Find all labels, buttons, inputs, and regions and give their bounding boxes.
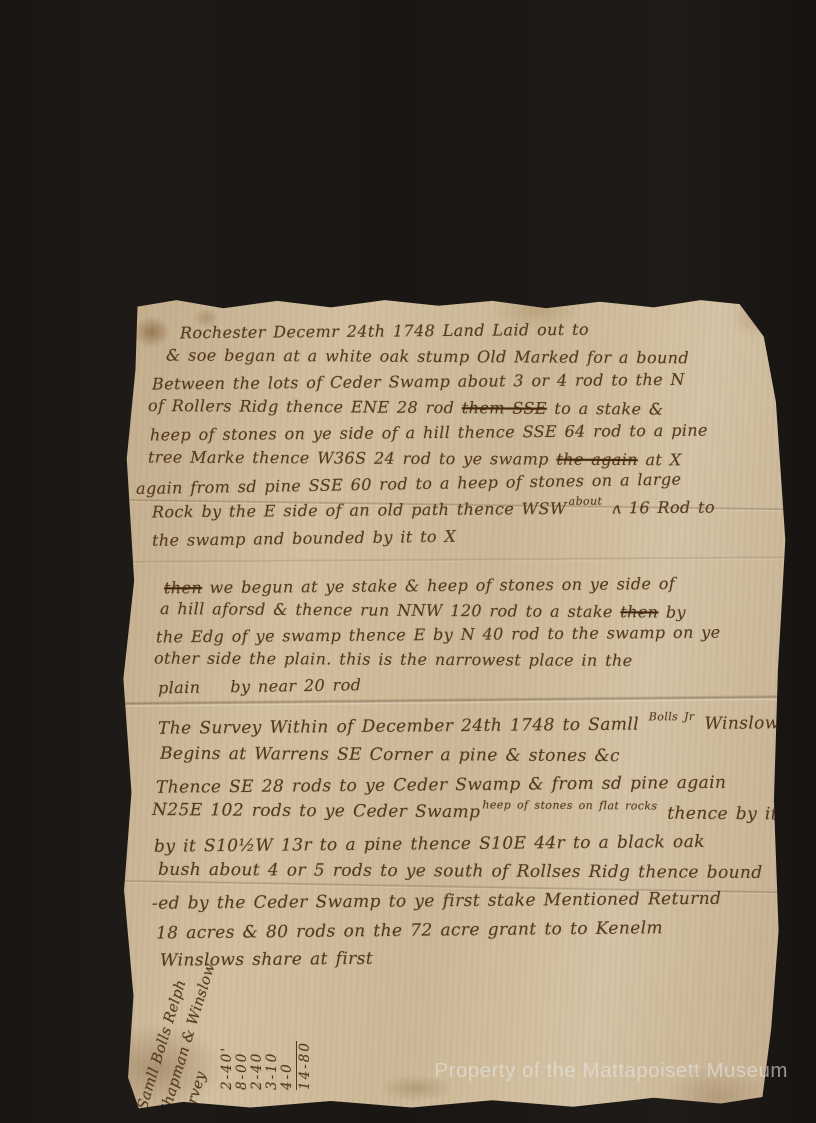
- handwritten-line: & soe began at a white oak stump Old Mar…: [166, 342, 715, 370]
- handwritten-line: Begins at Warrens SE Corner a pine & sto…: [160, 739, 816, 772]
- line-text: by: [658, 602, 686, 621]
- line-text: to a stake &: [547, 398, 664, 418]
- line-text: by near 20 rod: [230, 675, 361, 696]
- struck-text: them SSE: [462, 398, 547, 418]
- museum-watermark: Property of the Mattapoisett Museum: [434, 1059, 788, 1083]
- tally-row: 4-0: [280, 1041, 295, 1090]
- line-text: Rock by the E side of an old path thence…: [152, 498, 567, 521]
- line-text: The Survey Within of December 24th 1748 …: [158, 714, 647, 738]
- handwritten-line: plainby near 20 rod: [158, 668, 721, 701]
- line-text: ʌ 16 Rod to: [604, 497, 715, 517]
- struck-text: then: [164, 578, 202, 597]
- tally-row: 8-00: [235, 1041, 250, 1090]
- line-text: of Rollers Ridg thence ENE 28 rod: [148, 396, 462, 417]
- line-text: tree Marke thence W36S 24 rod to ye swam…: [148, 447, 556, 468]
- paragraph-second-survey: then we begun at ye stake & heep of ston…: [154, 574, 721, 697]
- line-text: thence by it E29S 18r: [659, 803, 816, 825]
- handwritten-line: N25E 102 rods to ye Ceder Swampheep of s…: [152, 796, 816, 832]
- line-text: plain: [158, 678, 201, 698]
- tally-row: 3-10: [265, 1041, 280, 1090]
- scanned-manuscript-photo: Rochester Decemr 24th 1748 Land Laid out…: [0, 0, 816, 1123]
- line-text: a hill aforsd & thence run NNW 120 rod t…: [160, 599, 620, 621]
- margin-note-surveyors: Samll Bolls Relph Chapman & Winslow Surv…: [132, 954, 245, 1123]
- handwritten-line: Between the lots of Ceder Swamp about 3 …: [152, 367, 715, 397]
- handwritten-line: heep of stones on ye side of a hill then…: [150, 418, 715, 448]
- inserted-text: heep of stones on flat rocks: [482, 791, 657, 821]
- tally-total: 14-80: [296, 1041, 313, 1090]
- line-text: Winslow: [697, 713, 780, 734]
- line-text: we begun at ye stake & heep of stones on…: [202, 574, 675, 597]
- paragraph-survey-return: The Survey Within of December 24th 1748 …: [152, 711, 816, 972]
- line-text: N25E 102 rods to ye Ceder Swamp: [152, 800, 480, 822]
- handwritten-line: then we begun at ye stake & heep of ston…: [164, 572, 721, 601]
- manuscript-page: Rochester Decemr 24th 1748 Land Laid out…: [116, 296, 788, 1110]
- paragraph-land-laid-out: Rochester Decemr 24th 1748 Land Laid out…: [136, 318, 715, 550]
- fold-crease: [116, 556, 788, 565]
- handwritten-line: Rochester Decemr 24th 1748 Land Laid out…: [180, 316, 715, 346]
- tally-row: 2-40: [250, 1041, 265, 1090]
- struck-text: then: [620, 602, 658, 621]
- handwritten-line: bush about 4 or 5 rods to ye south of Ro…: [158, 855, 816, 888]
- acreage-tally-column: 2-40' 8-00 2-40 3-10 4-0 14-80: [220, 1041, 313, 1090]
- inserted-text: Bolls Jr: [649, 703, 695, 732]
- inserted-text: about: [569, 488, 603, 514]
- handwritten-line: the Edg of ye swamp thence E by N 40 rod…: [156, 621, 721, 650]
- struck-text: the again: [556, 449, 638, 468]
- tally-row: 2-40': [220, 1041, 235, 1090]
